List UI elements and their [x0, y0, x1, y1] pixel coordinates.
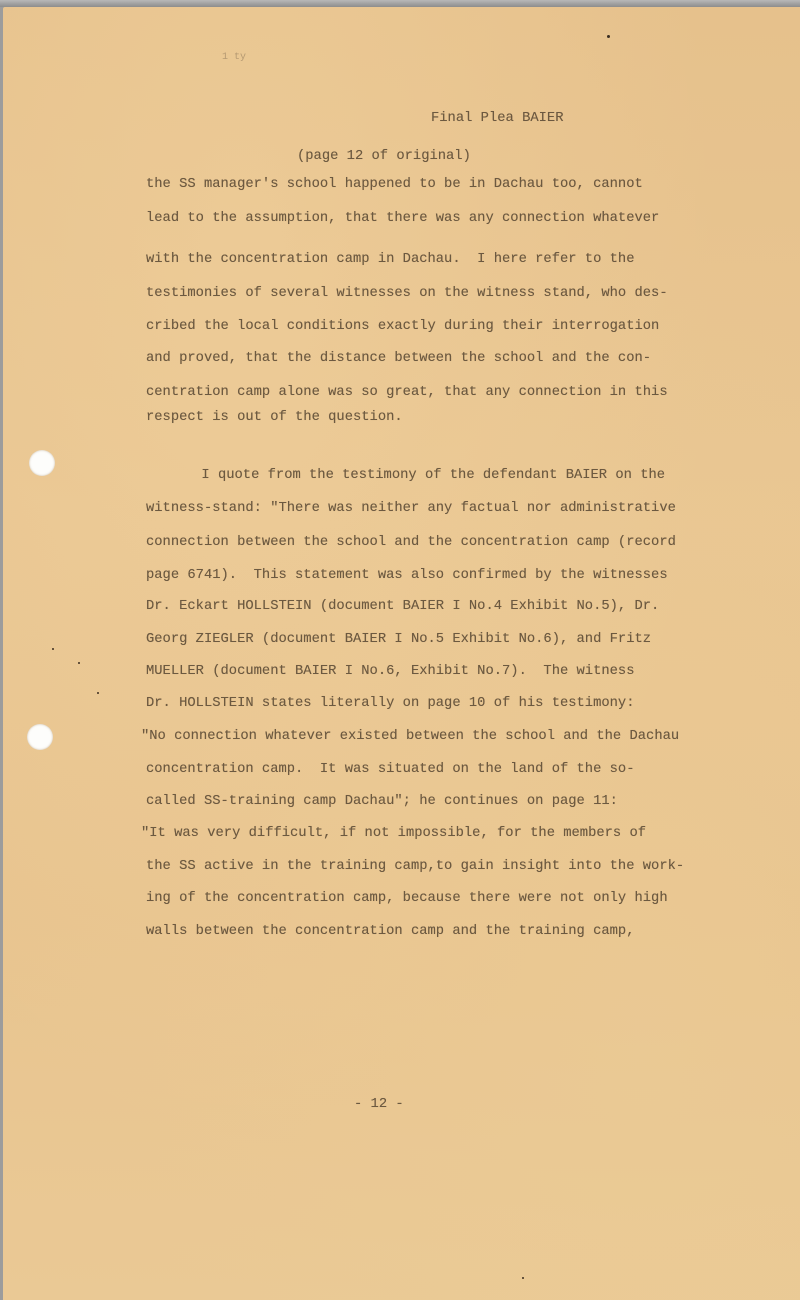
body-line: lead to the assumption, that there was a…: [146, 212, 659, 226]
document-subheader: (page 12 of original): [297, 150, 471, 164]
body-line: "No connection whatever existed between …: [141, 730, 679, 744]
paper-speck: [52, 648, 54, 650]
paper-speck: [97, 692, 99, 694]
body-line: and proved, that the distance between th…: [146, 352, 651, 366]
body-line: Dr. Eckart HOLLSTEIN (document BAIER I N…: [146, 600, 659, 614]
body-line: Georg ZIEGLER (document BAIER I No.5 Exh…: [146, 633, 651, 647]
body-line: witness-stand: "There was neither any fa…: [146, 502, 676, 516]
body-line: page 6741). This statement was also conf…: [146, 569, 668, 583]
paper-speck: [78, 662, 80, 664]
scanner-top-edge: [0, 0, 800, 7]
body-line: concentration camp. It was situated on t…: [146, 763, 635, 777]
body-line: called SS-training camp Dachau"; he cont…: [146, 795, 618, 809]
body-line: MUELLER (document BAIER I No.6, Exhibit …: [146, 665, 635, 679]
paper-speck: [607, 35, 610, 38]
scanned-document-page: 1 ty Final Plea BAIER (page 12 of origin…: [0, 0, 800, 1300]
body-line: ing of the concentration camp, because t…: [146, 892, 668, 906]
body-line: I quote from the testimony of the defend…: [160, 469, 665, 483]
body-line: connection between the school and the co…: [146, 536, 676, 550]
body-line: with the concentration camp in Dachau. I…: [146, 253, 635, 267]
body-line: respect is out of the question.: [146, 411, 403, 425]
page-number: - 12 -: [354, 1098, 404, 1112]
document-header: Final Plea BAIER: [431, 112, 563, 126]
body-line: "It was very difficult, if not impossibl…: [141, 827, 646, 841]
body-line: the SS active in the training camp,to ga…: [146, 860, 684, 874]
paper-speck: [522, 1277, 524, 1279]
body-line: testimonies of several witnesses on the …: [146, 287, 668, 301]
punch-hole-lower: [27, 724, 53, 750]
margin-mark: 1 ty: [222, 52, 246, 63]
body-line: the SS manager's school happened to be i…: [146, 178, 643, 192]
body-line: Dr. HOLLSTEIN states literally on page 1…: [146, 697, 635, 711]
body-line: walls between the concentration camp and…: [146, 925, 635, 939]
body-line: centration camp alone was so great, that…: [146, 386, 668, 400]
body-line: cribed the local conditions exactly duri…: [146, 320, 659, 334]
punch-hole-upper: [29, 450, 55, 476]
